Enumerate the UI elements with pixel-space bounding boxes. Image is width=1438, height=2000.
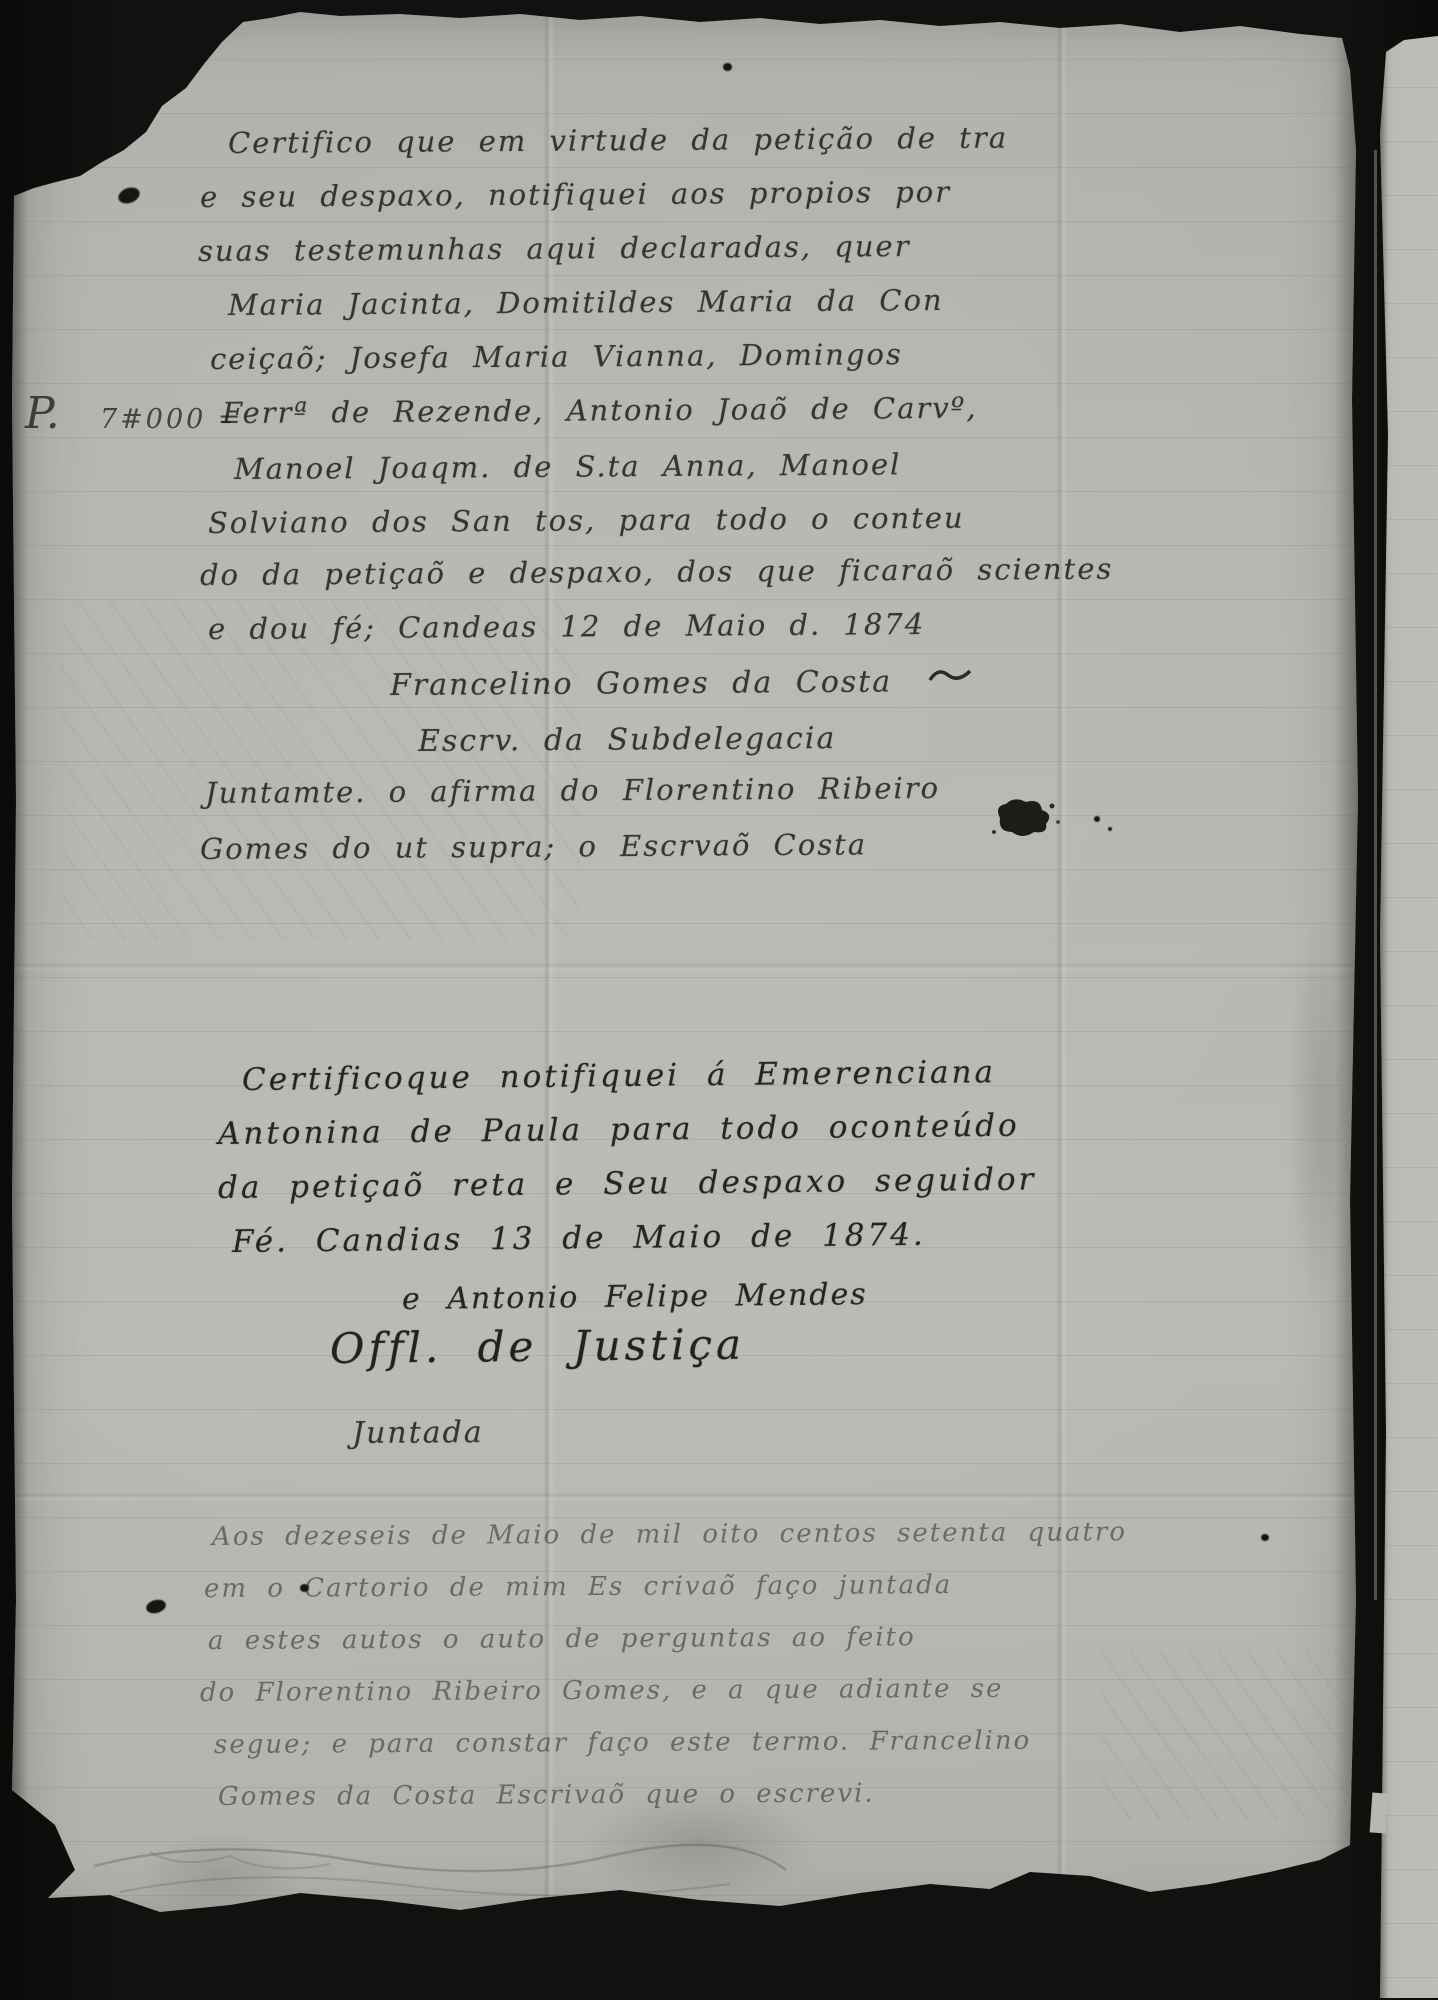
cert2-signature-title: Offl. de Justiça bbox=[330, 1320, 746, 1373]
gutter-paper-tab bbox=[1370, 1792, 1389, 1833]
cert1-signature-name: Francelino Gomes da Costa bbox=[390, 664, 892, 703]
left-edge-shadow bbox=[12, 6, 28, 1930]
ink-flick-mark bbox=[928, 664, 972, 688]
horizontal-fold-crease bbox=[12, 1492, 1360, 1502]
cert1-signature-title: Escrv. da Subdelegacia bbox=[418, 721, 837, 759]
cert2-signature-name: e Antonio Felipe Mendes bbox=[402, 1277, 868, 1317]
gutter-highlight bbox=[1374, 150, 1377, 1600]
ink-dot bbox=[1261, 1534, 1269, 1541]
cert1-line: Ferrª de Rezende, Antonio Joaõ de Carvº, bbox=[222, 391, 978, 430]
juntada-line: Gomes da Costa Escrivaõ que o escrevi. bbox=[218, 1779, 875, 1812]
ink-dot bbox=[1108, 827, 1112, 831]
manuscript-scan: P. 7#000 = Certifico que em virtude da p… bbox=[0, 0, 1438, 2000]
graphite-scribble bbox=[90, 1826, 790, 1916]
cert1-line: Manoel Joaqm. de S.ta Anna, Manoel bbox=[234, 447, 902, 486]
cert1-line: Certifico que em virtude da petição de t… bbox=[228, 121, 1008, 160]
cert1-line: do da petiçaõ e despaxo, dos que ficaraõ… bbox=[200, 552, 1114, 592]
cert1-line: Maria Jacinta, Domitildes Maria da Con bbox=[228, 283, 944, 322]
cert1-line: Solviano dos San tos, para todo o conteu bbox=[208, 501, 965, 540]
juntada-heading: Juntada bbox=[352, 1415, 484, 1451]
manuscript-page: P. 7#000 = Certifico que em virtude da p… bbox=[12, 6, 1360, 1930]
cert1-line: e seu despaxo, notifiquei aos propios po… bbox=[200, 175, 951, 214]
cert1-line: ceiçaõ; Josefa Maria Vianna, Domingos bbox=[210, 337, 903, 376]
sliver-edge-shadow bbox=[1378, 34, 1388, 2000]
ink-splatter bbox=[988, 792, 1062, 842]
ink-dot bbox=[723, 63, 732, 71]
cert2-line: Fé. Candias 13 de Maio de 1874. bbox=[232, 1217, 926, 1260]
cert1-attestation-line: Juntamte. o afirma do Florentino Ribeiro bbox=[205, 771, 940, 810]
juntada-line: em o Cartorio de mim Es crivaõ faço junt… bbox=[204, 1570, 952, 1604]
ink-dot bbox=[300, 1584, 309, 1592]
margin-initial: P. bbox=[25, 388, 60, 439]
juntada-line: segue; e para constar faço este termo. F… bbox=[214, 1726, 1031, 1760]
ink-dot bbox=[1094, 816, 1100, 822]
adjacent-page-sliver bbox=[1378, 34, 1438, 2000]
juntada-line: do Florentino Ribeiro Gomes, e a que adi… bbox=[200, 1674, 1004, 1708]
cert1-line: e dou fé; Candeas 12 de Maio d. 1874 bbox=[208, 607, 925, 646]
juntada-line: Aos dezeseis de Maio de mil oito centos … bbox=[212, 1517, 1127, 1552]
cert1-attestation-line: Gomes do ut supra; o Escrvaõ Costa bbox=[200, 827, 867, 866]
cert1-line: suas testemunhas aqui declaradas, quer bbox=[198, 229, 911, 268]
right-edge-shadow bbox=[1334, 6, 1360, 1930]
horizontal-fold-crease bbox=[12, 962, 1360, 972]
ink-dot bbox=[92, 147, 97, 152]
juntada-line: a estes autos o auto de perguntas ao fei… bbox=[208, 1622, 916, 1656]
